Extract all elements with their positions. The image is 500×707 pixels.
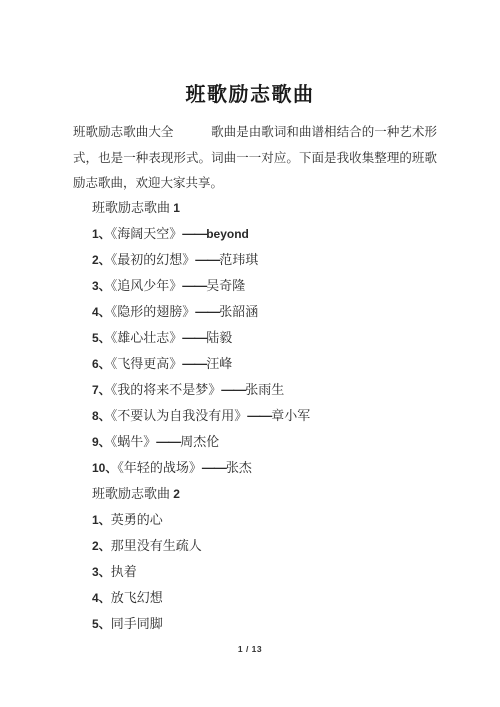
section-heading: 班歌励志歌曲 2 [92, 481, 437, 507]
artist-name: 周杰伦 [180, 434, 219, 449]
item-number: 5、 [92, 331, 111, 345]
artist-name: 范玮琪 [219, 252, 258, 267]
song-title: 同手同脚 [111, 616, 163, 631]
song-list: 班歌励志歌曲 11、《海阔天空》——beyond2、《最初的幻想》——范玮琪3、… [92, 195, 437, 637]
list-item: 4、《隐形的翅膀》——张韶涵 [92, 299, 437, 325]
song-title: 《年轻的战场》 [117, 460, 202, 475]
artist-name: 吴奇隆 [206, 278, 245, 293]
list-item: 9、《蜗牛》——周杰伦 [92, 429, 437, 455]
artist-name: 张杰 [226, 460, 252, 475]
song-title: 那里没有生疏人 [111, 538, 202, 553]
page-number-indicator: 1 / 13 [0, 644, 500, 654]
item-number: 7、 [92, 383, 111, 397]
song-title: 《我的将来不是梦》 [111, 382, 222, 397]
artist-name: 陆毅 [206, 330, 232, 345]
song-title: 《飞得更高》 [111, 356, 183, 371]
dash-separator: —— [195, 304, 219, 319]
song-title: 《隐形的翅膀》 [111, 304, 196, 319]
item-number: 2、 [92, 539, 111, 553]
dash-separator: —— [247, 408, 271, 423]
list-item: 1、《海阔天空》——beyond [92, 221, 437, 247]
song-title: 《追风少年》 [111, 278, 183, 293]
dash-separator: —— [182, 278, 206, 293]
list-item: 5、《雄心壮志》——陆毅 [92, 325, 437, 351]
artist-name: 张雨生 [245, 382, 284, 397]
list-item: 5、同手同脚 [92, 611, 437, 637]
list-item: 2、那里没有生疏人 [92, 533, 437, 559]
item-number: 6、 [92, 357, 111, 371]
song-title: 放飞幻想 [111, 590, 163, 605]
song-title: 《雄心壮志》 [111, 330, 183, 345]
page-title: 班歌励志歌曲 [0, 78, 500, 107]
item-number: 2、 [92, 253, 111, 267]
list-item: 4、放飞幻想 [92, 585, 437, 611]
list-item: 8、《不要认为自我没有用》——章小军 [92, 403, 437, 429]
list-item: 10、《年轻的战场》——张杰 [92, 455, 437, 481]
dash-separator: —— [195, 252, 219, 267]
item-number: 10、 [92, 461, 117, 475]
list-item: 2、《最初的幻想》——范玮琪 [92, 247, 437, 273]
section-number: 1 [173, 201, 180, 215]
song-title: 《不要认为自我没有用》 [111, 408, 248, 423]
list-item: 3、《追风少年》——吴奇隆 [92, 273, 437, 299]
document-page: 班歌励志歌曲 班歌励志歌曲大全 歌曲是由歌词和曲谱相结合的一种艺术形式，也是一种… [0, 0, 500, 707]
song-title: 《海阔天空》 [111, 226, 183, 241]
section-number: 2 [173, 487, 180, 501]
dash-separator: —— [156, 434, 180, 449]
item-number: 3、 [92, 565, 111, 579]
song-title: 英勇的心 [111, 512, 163, 527]
section-heading: 班歌励志歌曲 1 [92, 195, 437, 221]
list-item: 7、《我的将来不是梦》——张雨生 [92, 377, 437, 403]
artist-name: beyond [206, 227, 249, 241]
item-number: 3、 [92, 279, 111, 293]
dash-separator: —— [182, 330, 206, 345]
dash-separator: —— [221, 382, 245, 397]
item-number: 5、 [92, 617, 111, 631]
dash-separator: —— [182, 226, 206, 241]
item-number: 1、 [92, 513, 111, 527]
item-number: 4、 [92, 591, 111, 605]
song-title: 《最初的幻想》 [111, 252, 196, 267]
intro-paragraph: 班歌励志歌曲大全 歌曲是由歌词和曲谱相结合的一种艺术形式，也是一种表现形式。词曲… [73, 120, 437, 197]
dash-separator: —— [202, 460, 226, 475]
dash-separator: —— [182, 356, 206, 371]
artist-name: 汪峰 [206, 356, 232, 371]
item-number: 4、 [92, 305, 111, 319]
item-number: 8、 [92, 409, 111, 423]
artist-name: 章小军 [271, 408, 310, 423]
song-title: 执着 [111, 564, 137, 579]
song-title: 《蜗牛》 [111, 434, 157, 449]
artist-name: 张韶涵 [219, 304, 258, 319]
list-item: 6、《飞得更高》——汪峰 [92, 351, 437, 377]
item-number: 1、 [92, 227, 111, 241]
list-item: 1、英勇的心 [92, 507, 437, 533]
list-item: 3、执着 [92, 559, 437, 585]
item-number: 9、 [92, 435, 111, 449]
